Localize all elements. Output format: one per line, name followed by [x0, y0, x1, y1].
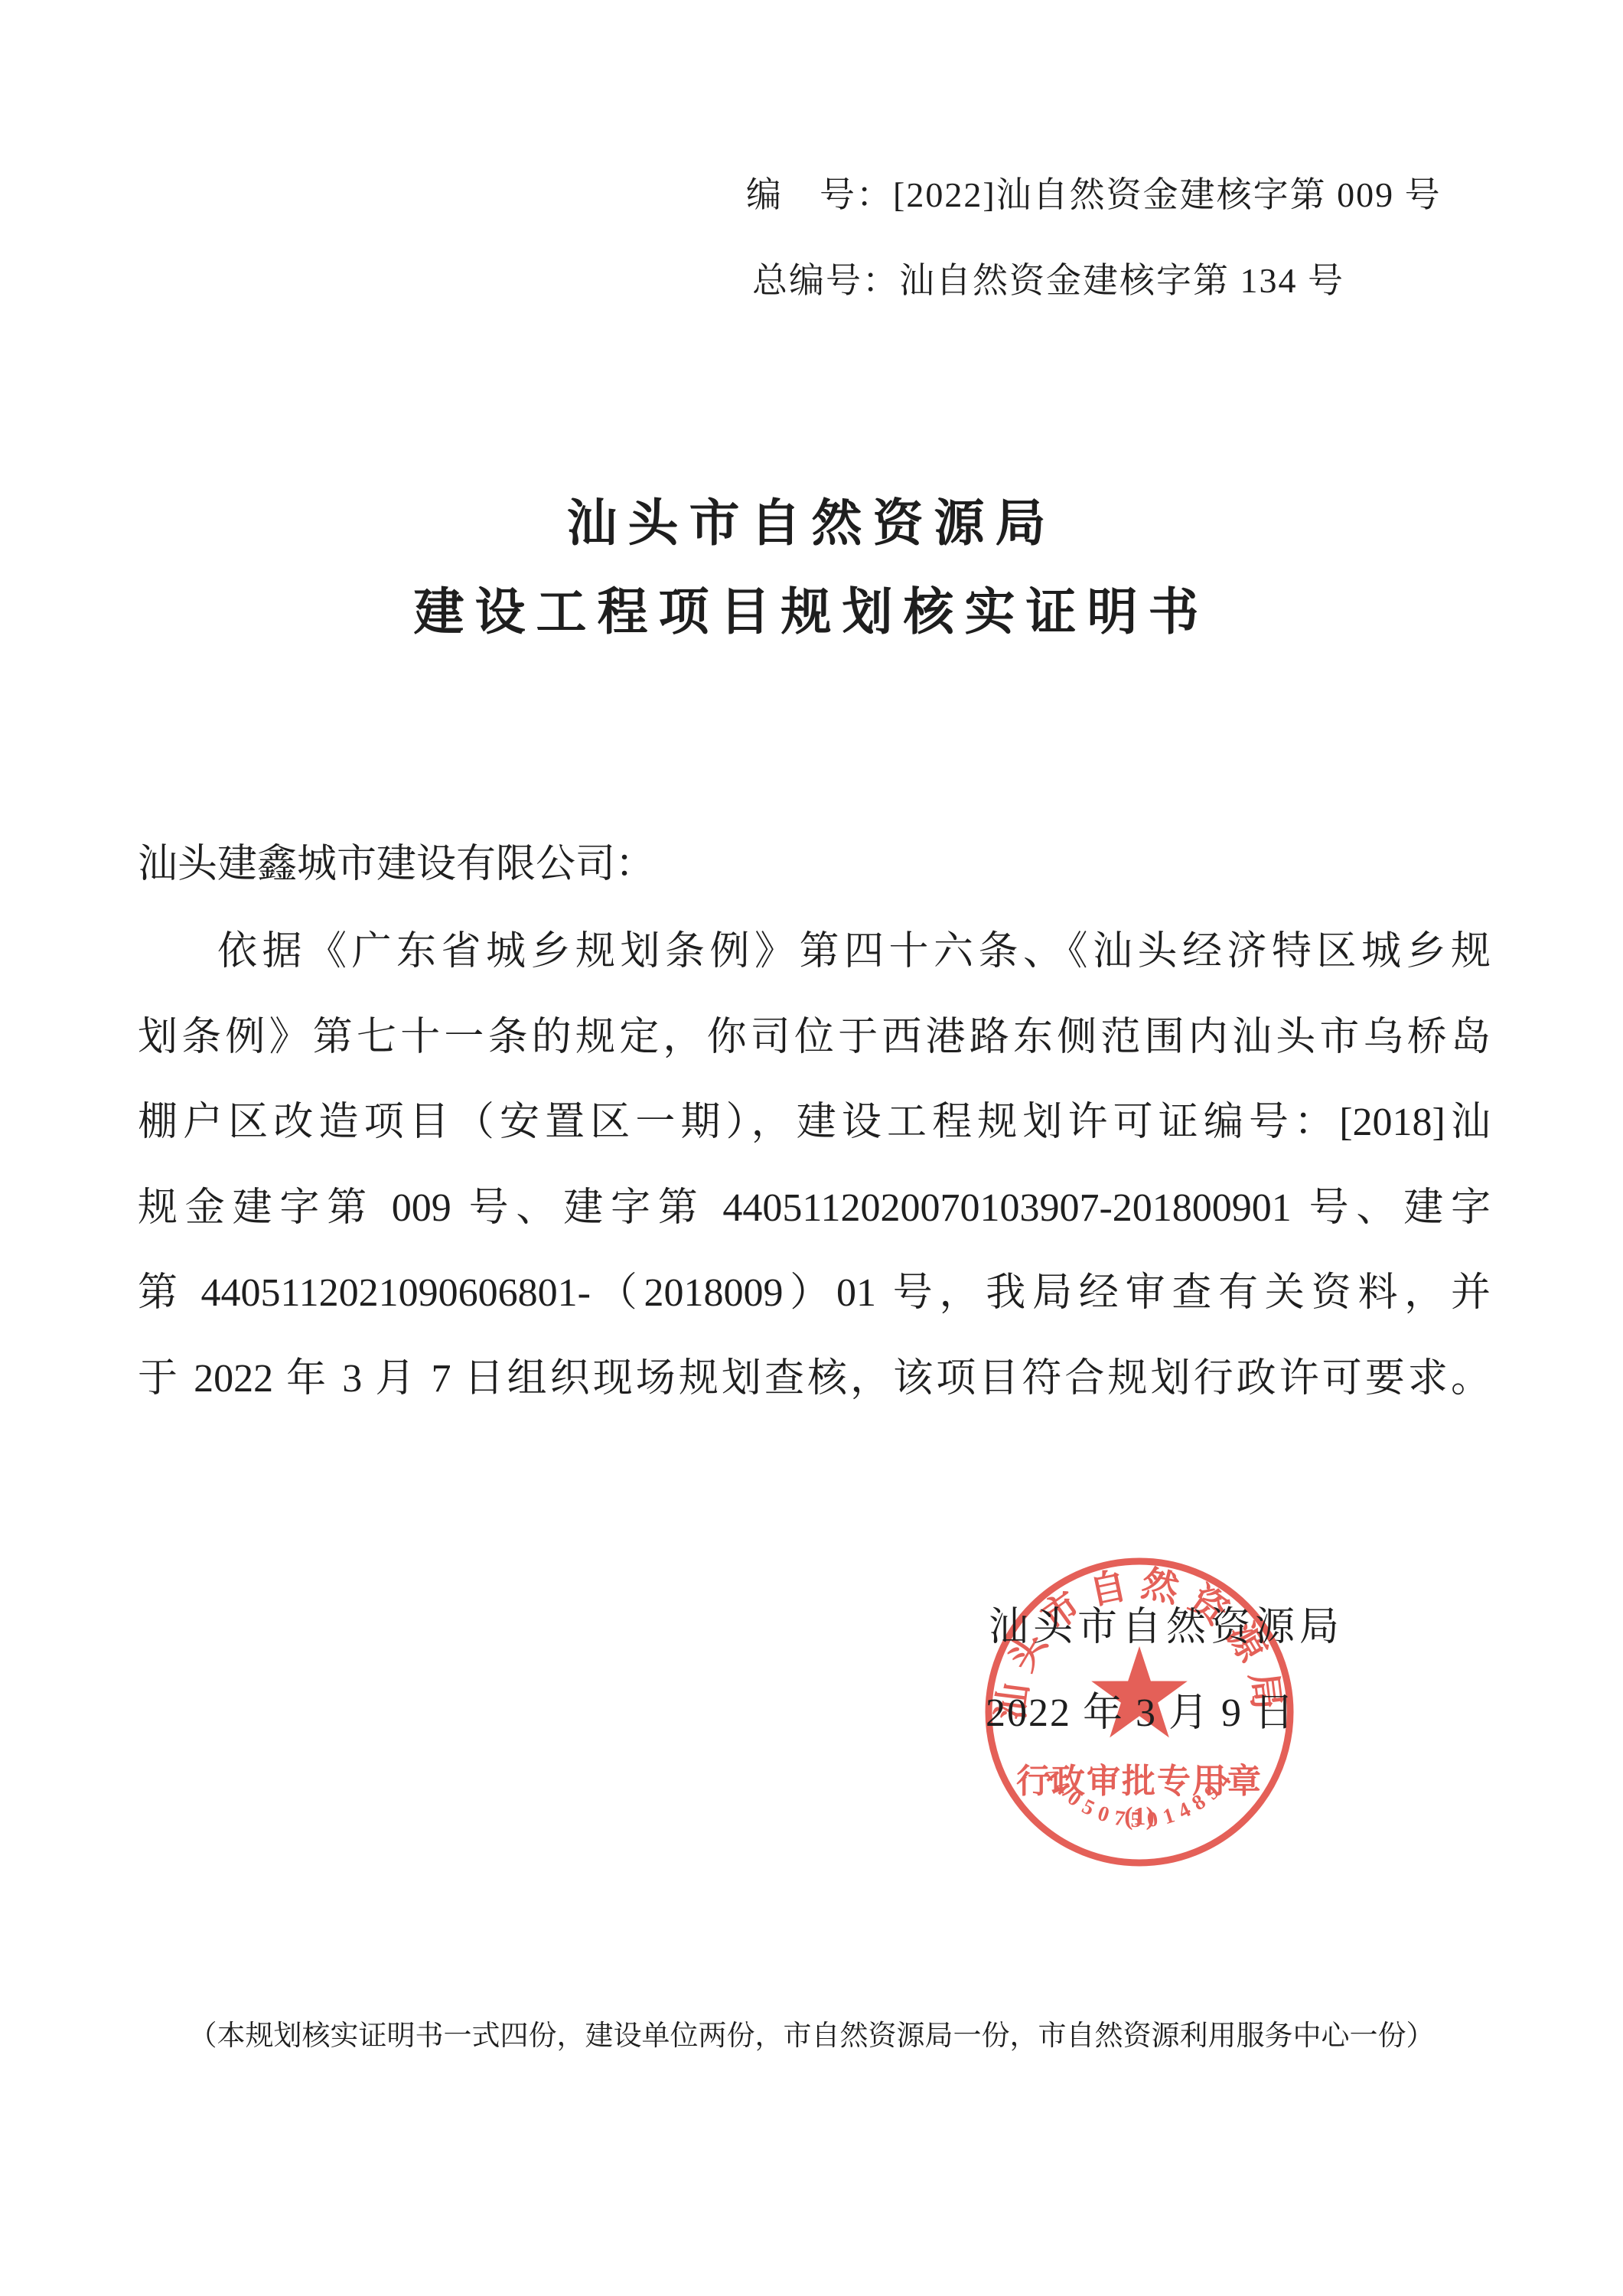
page-title-doc: 建设工程项目规划核实证明书: [0, 585, 1623, 641]
paragraph-line: 棚户区改造项目（安置区一期），建设工程规划许可证编号：[2018]汕: [138, 1080, 1491, 1166]
body-paragraph: 依据《广东省城乡规划条例》第四十六条、《汕头经济特区城乡规 划条例》第七十一条的…: [138, 909, 1491, 1421]
document-page: 编 号：[2022]汕自然资金建核字第 009 号 总编号：汕自然资金建核字第 …: [0, 0, 1623, 2296]
salutation: 汕头建鑫城市建设有限公司：: [138, 842, 655, 888]
paragraph-line: 于 2022 年 3 月 7 日组织现场规划查核，该项目符合规划行政许可要求。: [138, 1336, 1491, 1422]
master-number-line: 总编号：汕自然资金建核字第 134 号: [752, 259, 1344, 303]
footer-note: （本规划核实证明书一式四份，建设单位两份，市自然资源局一份，市自然资源利用服务中…: [189, 2019, 1435, 2054]
paragraph-line: 划条例》第七十一条的规定，你司位于西港路东侧范围内汕头市乌桥岛: [138, 995, 1491, 1081]
signature-org: 汕头市自然资源局: [989, 1604, 1344, 1652]
doc-number-line: 编 号：[2022]汕自然资金建核字第 009 号: [746, 173, 1442, 217]
paragraph-line: 第 4405112021090606801-（2018009）01 号，我局经审…: [138, 1251, 1491, 1336]
signature-date: 2022 年 3 月 9 日: [986, 1690, 1295, 1737]
paragraph-line: 依据《广东省城乡规划条例》第四十六条、《汕头经济特区城乡规: [138, 909, 1491, 995]
page-title-org: 汕头市自然资源局: [0, 496, 1623, 553]
paragraph-line: 规金建字第 009 号、建字第 4405112020070103907-2018…: [138, 1166, 1491, 1251]
